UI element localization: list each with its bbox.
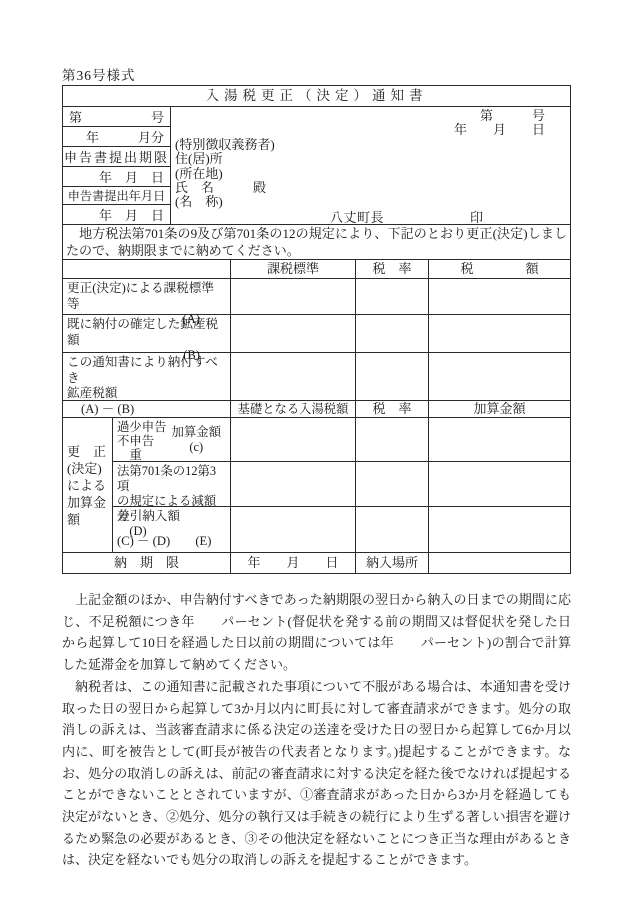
due-date-row: 納 期 限 年 月 日 納入場所 — [63, 553, 570, 573]
seal-mark: 印 — [470, 210, 483, 225]
notice-form-table: 入湯税更正（決定）通知書 第 号 年 月分 申告書提出期限 年 月 日 申告書提… — [62, 85, 571, 574]
payment-place-value — [428, 553, 570, 573]
stub-doc-number-row: 第 号 — [63, 107, 170, 127]
row-a-label-cell: 更正(決定)による課税標準等 (A) — [63, 279, 230, 314]
row-b-label: 既に納付の確定した鉱産税額 — [67, 317, 226, 348]
table1-header-amount: 税 額 — [428, 260, 570, 278]
table-row: 法第701条の12第3項 の規定による減額分 (D) — [113, 461, 570, 506]
row-c-rate-cell — [355, 418, 428, 461]
surcharge-sub-rows: 過少申告 不申告 重 加算金額(c) 法第701条の12第3項 の規定による減額… — [112, 418, 570, 552]
surcharge-amount-label: 加算金額 — [172, 425, 222, 439]
row-b-label-cell: 既に納付の確定した鉱産税額 (B) — [63, 315, 230, 352]
stub-period-row: 年 月分 — [63, 127, 170, 147]
row-b-taxbase-cell — [230, 315, 355, 352]
issue-info: 第 号 年 月 日 (特別徴収義務者) 住(居)所 (所在地) 氏 名 殿 (名… — [171, 107, 570, 224]
recipient-address-label: 住(居)所 — [171, 152, 570, 166]
due-date-label: 納 期 限 — [63, 553, 230, 573]
row-d-amount-cell — [428, 462, 570, 506]
surcharge-group: 更 正 (決定) による 加算金 額 過少申告 不申告 重 加算金額(c) 法第… — [63, 418, 570, 553]
table1-header-row: 課税標準 税 率 税 額 — [63, 260, 570, 279]
legal-instruction: 地方税法第701条の9及び第701条の12の規定により、下記のとおり更正(決定)… — [63, 225, 570, 260]
row-c-surcharge-label: 加算金額(c) — [167, 425, 226, 455]
table-row: 差引納入額 (C) － (D) (E) — [113, 506, 570, 552]
row-c-amount-cell — [428, 418, 570, 461]
row-b-rate-cell — [355, 315, 428, 352]
appeal-note-paragraph: 納税者は、この通知書に記載された事項について不服がある場合は、本通知書を受け取っ… — [62, 676, 571, 871]
row-e-rate-cell — [355, 507, 428, 552]
row-a-taxbase-cell — [230, 279, 355, 314]
header-block: 第 号 年 月分 申告書提出期限 年 月 日 申告書提出年月日 年 月 日 第 … — [63, 107, 570, 225]
stub-filing-deadline-label: 申告書提出期限 — [63, 147, 170, 167]
row-e-label: 差引納入額 — [117, 509, 226, 523]
issue-date: 年 月 日 — [171, 123, 570, 137]
row-d-label: 法第701条の12第3項 の規定による減額分 (D) — [113, 462, 230, 506]
notes-section: 上記金額のほか、申告納付すべきであった納期限の翌日から納入の日までの期間に応じ、… — [62, 589, 571, 871]
table1-header-blank — [63, 260, 230, 278]
stub-filing-deadline-date: 年 月 日 — [63, 167, 170, 187]
row-ab-amount-cell — [428, 353, 570, 400]
row-c-types: 過少申告 不申告 重 — [117, 420, 167, 459]
surcharge-group-label: 更 正 (決定) による 加算金 額 — [63, 418, 112, 552]
row-c-taxbase-cell — [230, 418, 355, 461]
row-d-taxbase-cell — [230, 462, 355, 506]
table1-header-rate: 税 率 — [355, 260, 428, 278]
table-row: この通知書により納付すべき 鉱産税額 (A) － (B) — [63, 353, 570, 401]
recipient-name-label2: (名 称) — [171, 195, 570, 209]
row-ab-label-cell: この通知書により納付すべき 鉱産税額 (A) － (B) — [63, 353, 230, 400]
row-ab-label: この通知書により納付すべき 鉱産税額 — [67, 355, 226, 402]
row-c-label-cell: 過少申告 不申告 重 加算金額(c) — [113, 418, 230, 461]
due-date-value: 年 月 日 — [230, 553, 355, 573]
issuer-name: 八丈町長 — [330, 210, 384, 225]
form-number: 第36号様式 — [62, 64, 136, 84]
issue-doc-number: 第 号 — [171, 109, 570, 123]
table2-header-rate: 税 率 — [355, 401, 428, 417]
row-d-rate-cell — [355, 462, 428, 506]
table1-header-taxbase: 課税標準 — [230, 260, 355, 278]
recipient-heading: (特別徴収義務者) — [171, 138, 570, 152]
table-row: 既に納付の確定した鉱産税額 (B) — [63, 315, 570, 353]
table2-header-surcharge: 加算金額 — [428, 401, 570, 417]
document-page: 第36号様式 入湯税更正（決定）通知書 第 号 年 月分 申告書提出期限 年 月… — [0, 0, 630, 915]
row-ab-rate-cell — [355, 353, 428, 400]
row-a-label: 更正(決定)による課税標準等 — [67, 281, 226, 312]
table2-header-row: 基礎となる入湯税額 税 率 加算金額 — [63, 401, 570, 418]
row-e-code: (C) － (D) (E) — [117, 534, 226, 548]
delinquency-note-paragraph: 上記金額のほか、申告納付すべきであった納期限の翌日から納入の日までの期間に応じ、… — [62, 589, 571, 676]
recipient-name-line: 氏 名 殿 — [171, 181, 570, 195]
stub-column: 第 号 年 月分 申告書提出期限 年 月 日 申告書提出年月日 年 月 日 — [63, 107, 171, 224]
row-c-code: (c) — [189, 440, 203, 454]
stub-doc-number-suffix: 号 — [151, 107, 164, 126]
table-row: 過少申告 不申告 重 加算金額(c) — [113, 418, 570, 461]
row-a-rate-cell — [355, 279, 428, 314]
stub-filing-date-label: 申告書提出年月日 — [63, 187, 170, 205]
form-title: 入湯税更正（決定）通知書 — [63, 86, 570, 107]
stub-doc-number-prefix: 第 — [69, 107, 82, 126]
table-row: 更正(決定)による課税標準等 (A) — [63, 279, 570, 315]
stub-filing-date: 年 月 日 — [63, 205, 170, 224]
table2-header-basetax: 基礎となる入湯税額 — [230, 401, 355, 417]
payment-place-label: 納入場所 — [355, 553, 428, 573]
row-e-amount-cell — [428, 507, 570, 552]
row-b-amount-cell — [428, 315, 570, 352]
row-ab-taxbase-cell — [230, 353, 355, 400]
row-e-label-cell: 差引納入額 (C) － (D) (E) — [113, 507, 230, 552]
issuer-line: 八丈町長 印 — [171, 210, 570, 223]
row-e-taxbase-cell — [230, 507, 355, 552]
row-a-amount-cell — [428, 279, 570, 314]
table2-header-blank — [63, 401, 230, 417]
recipient-address-label2: (所在地) — [171, 167, 570, 181]
